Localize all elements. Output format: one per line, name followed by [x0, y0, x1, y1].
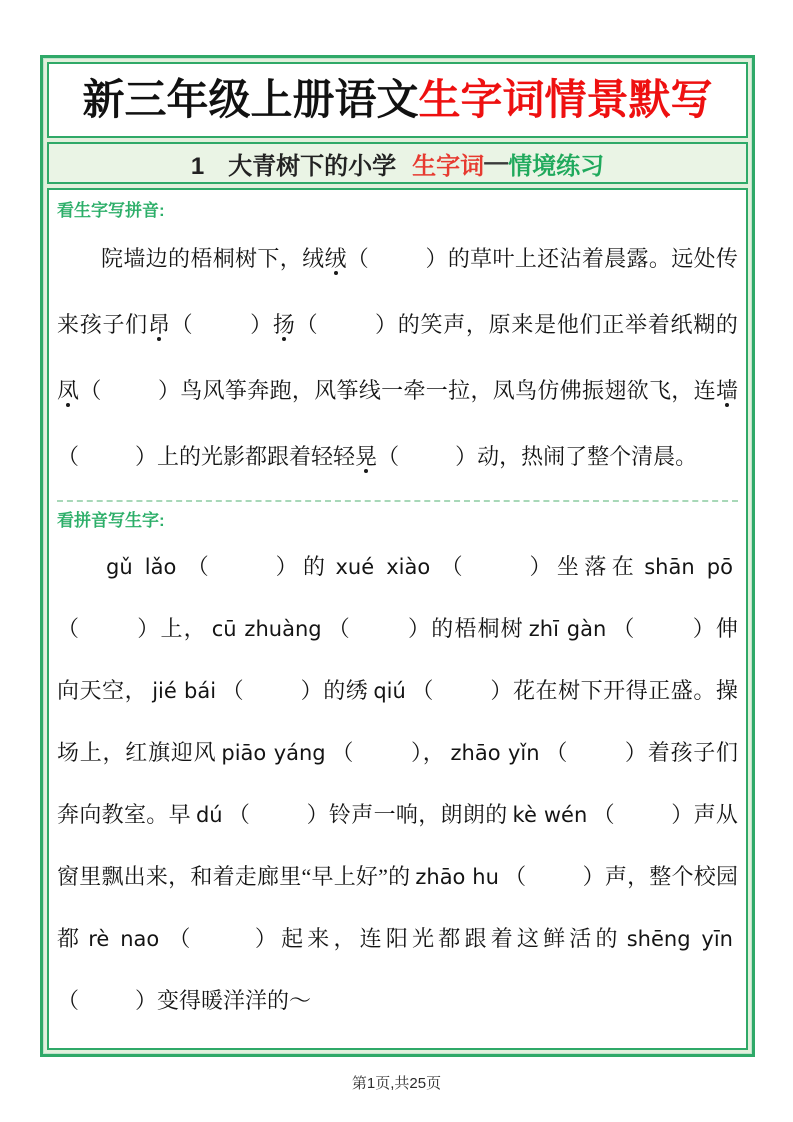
pinyin-text: kè wén [508, 803, 593, 827]
answer-blank: （） [79, 378, 180, 403]
answer-blank: （） [545, 740, 648, 765]
close-paren: ） [524, 554, 557, 579]
pinyin-text: cū zhuàng [207, 617, 327, 641]
worksheet-content: 看生字写拼音: 院墙边的梧桐树下，绒绒（）的草叶上还沾着晨露。远处传来孩子们昂（… [47, 188, 748, 1050]
body-text: 鸟风筝奔跑，风筝线一牵一拉，凤鸟仿佛振翅欲飞，连 [180, 378, 716, 403]
answer-blank: （） [221, 678, 323, 703]
lesson-tag-green: 情境练习 [508, 146, 604, 181]
answer-blank: （） [296, 312, 398, 337]
lesson-number-title: 1 大青树下的小学 [191, 146, 396, 181]
answer-blank: （） [181, 554, 303, 579]
body-text: 的 [303, 554, 330, 579]
pinyin-text: jié bái [147, 679, 221, 703]
answer-blank: （） [57, 616, 160, 641]
exercise-paragraph: 院墙边的梧桐树下，绒绒（）的草叶上还沾着晨露。远处传来孩子们昂（）扬（）的笑声，… [57, 226, 738, 490]
body-text: 变得暖洋洋的～ [157, 988, 311, 1013]
answer-blank: （） [347, 246, 448, 271]
emphasized-character: 晃 [355, 444, 377, 469]
emphasized-character: 绒 [324, 246, 346, 271]
open-paren: （ [57, 988, 79, 1013]
section-divider [57, 500, 738, 502]
close-paren: ） [270, 554, 303, 579]
close-paren: ） [300, 678, 323, 703]
open-paren: （ [79, 378, 101, 403]
open-paren: （ [171, 312, 194, 337]
close-paren: ） [671, 802, 694, 827]
pinyin-text: rè nao [83, 927, 164, 951]
open-paren: （ [545, 740, 569, 765]
answer-blank: （） [228, 802, 329, 827]
close-paren: ） [455, 444, 477, 469]
body-text: ， [423, 740, 446, 765]
answer-blank: （） [411, 678, 513, 703]
page-title-black: 新三年级上册语文 [82, 79, 418, 121]
close-paren: ） [425, 246, 448, 271]
section-heading: 看拼音写生字: [57, 510, 738, 532]
body-text: 起来，连阳光都跟着这鲜活的 [281, 926, 622, 951]
pinyin-text: gǔ lǎo [101, 555, 181, 579]
open-paren: （ [592, 802, 615, 827]
body-text: 上， [160, 616, 206, 641]
close-paren: ） [249, 312, 272, 337]
body-text: 坐落在 [557, 554, 639, 579]
open-paren: （ [181, 554, 214, 579]
close-paren: ） [136, 616, 160, 641]
close-paren: ） [251, 926, 281, 951]
answer-blank: （） [57, 988, 157, 1013]
body-text: 的梧桐树 [431, 616, 524, 641]
body-text: 动，热闹了整个清晨。 [477, 444, 697, 469]
emphasized-character: 昂 [148, 312, 171, 337]
section-write-characters: 看拼音写生字: gǔ lǎo（）的xué xiào（）坐落在shān pō（）上… [57, 510, 738, 1032]
lesson-tag-red: 生字词 [412, 146, 484, 181]
open-paren: （ [327, 616, 351, 641]
open-paren: （ [435, 554, 468, 579]
open-paren: （ [228, 802, 251, 827]
answer-blank: （） [611, 616, 716, 641]
open-paren: （ [164, 926, 194, 951]
close-paren: ） [158, 378, 181, 403]
emphasized-character: 墙 [716, 378, 738, 403]
open-paren: （ [296, 312, 319, 337]
pinyin-text: zhāo yǐn [446, 741, 545, 765]
pinyin-text: dú [191, 803, 228, 827]
pinyin-text: piāo yáng [216, 741, 330, 765]
body-text: 铃声一响，朗朗的 [329, 802, 508, 827]
page-number: 第1页,共25页 [0, 1072, 793, 1093]
section-heading: 看生字写拼音: [57, 200, 738, 222]
pinyin-text: xué xiào [330, 555, 435, 579]
close-paren: ） [624, 740, 648, 765]
lesson-header: 1 大青树下的小学生字词—情境练习 [47, 142, 748, 184]
answer-blank: （） [327, 616, 432, 641]
emphasized-character: 扬 [273, 312, 296, 337]
pinyin-text: shēng yīn [622, 927, 738, 951]
close-paren: ） [490, 678, 513, 703]
pinyin-text: zhī gàn [524, 617, 612, 641]
open-paren: （ [57, 444, 79, 469]
worksheet-frame: 新三年级上册语文生字词情景默写 1 大青树下的小学生字词—情境练习 看生字写拼音… [40, 55, 755, 1057]
body-text: 的绣 [323, 678, 368, 703]
answer-blank: （） [331, 740, 423, 765]
open-paren: （ [611, 616, 635, 641]
open-paren: （ [504, 864, 526, 889]
close-paren: ） [135, 444, 157, 469]
answer-blank: （） [57, 444, 157, 469]
open-paren: （ [377, 444, 399, 469]
open-paren: （ [57, 616, 80, 641]
open-paren: （ [331, 740, 355, 765]
open-paren: （ [347, 246, 369, 271]
body-text: 上的光影都跟着轻轻 [157, 444, 355, 469]
answer-blank: （） [435, 554, 557, 579]
pinyin-text: qiú [368, 679, 410, 703]
page-title: 新三年级上册语文生字词情景默写 [47, 62, 748, 138]
answer-blank: （） [592, 802, 693, 827]
open-paren: （ [411, 678, 434, 703]
close-paren: ） [582, 864, 604, 889]
pinyin-text: zhāo hu [410, 865, 504, 889]
close-paren: ） [374, 312, 397, 337]
close-paren: ） [407, 616, 431, 641]
answer-blank: （） [504, 864, 605, 889]
body-text: 的笑声，原来是他们正举着纸糊的 [398, 312, 738, 337]
page-title-red: 生字词情景默写 [419, 79, 713, 121]
answer-blank: （） [171, 312, 273, 337]
pinyin-text: shān pō [639, 555, 738, 579]
answer-blank: （） [377, 444, 477, 469]
open-paren: （ [221, 678, 244, 703]
close-paren: ） [135, 988, 157, 1013]
section-write-pinyin: 看生字写拼音: 院墙边的梧桐树下，绒绒（）的草叶上还沾着晨露。远处传来孩子们昂（… [57, 200, 738, 490]
body-text: 院墙边的梧桐树下，绒 [101, 246, 324, 271]
close-paren: ） [410, 740, 423, 765]
exercise-paragraph: gǔ lǎo（）的xué xiào（）坐落在shān pō（）上，cū zhuà… [57, 536, 738, 1032]
close-paren: ） [306, 802, 329, 827]
lesson-dash: — [484, 149, 508, 177]
emphasized-character: 凤 [57, 378, 79, 403]
answer-blank: （） [164, 926, 281, 951]
close-paren: ） [692, 616, 716, 641]
